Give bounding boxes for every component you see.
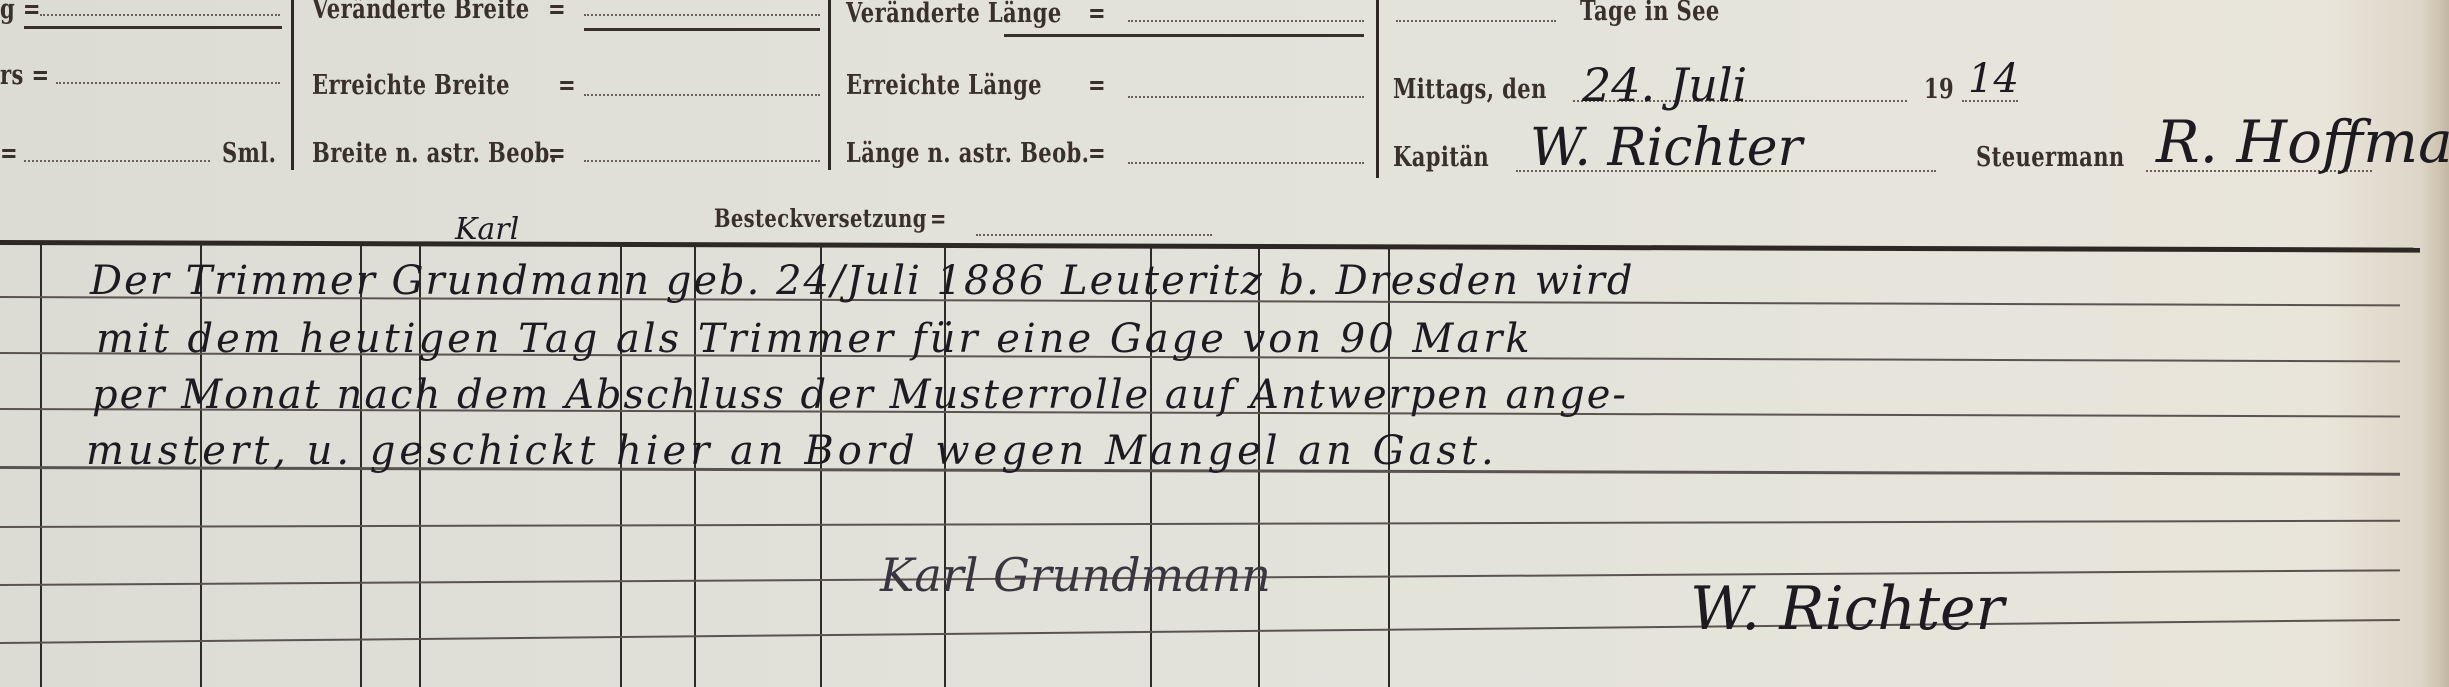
- besteckversetzung-field[interactable]: [976, 234, 1212, 236]
- besteckversetzung-label: Besteckversetzung: [714, 204, 927, 233]
- header-divider-1: [291, 0, 294, 170]
- erreichte-laenge-field[interactable]: [1128, 96, 1364, 98]
- col3-row2-eq: =: [1088, 70, 1106, 101]
- col1-row3-field[interactable]: [24, 160, 210, 162]
- col2-row1-underline: [584, 28, 820, 31]
- col2-row2-eq: =: [558, 70, 576, 101]
- kapitaen-signature: W. Richter: [1530, 118, 1802, 178]
- entry-line-4: mustert, u. geschickt hier an Bord wegen…: [86, 428, 1498, 474]
- erreichte-laenge-label: Erreichte Länge: [846, 70, 1042, 101]
- col3-row3-eq: =: [1088, 138, 1106, 169]
- col1-row1-field[interactable]: [40, 14, 280, 16]
- breite-astr-beob-field[interactable]: [584, 160, 820, 162]
- crew-signature: Karl Grundmann: [880, 548, 1271, 602]
- veraenderte-laenge-field[interactable]: [1128, 20, 1364, 22]
- col1-row3-label: =: [0, 138, 18, 169]
- besteckversetzung-eq: =: [930, 204, 947, 233]
- col1-row2-label: rs =: [0, 60, 49, 91]
- date-handwritten: 24. Juli: [1582, 58, 1747, 112]
- col1-row2-field[interactable]: [56, 82, 280, 84]
- col3-row1-eq: =: [1088, 0, 1106, 29]
- header-divider-2: [828, 0, 831, 170]
- table-top-border: [0, 240, 2420, 253]
- laenge-astr-beob-field[interactable]: [1128, 162, 1364, 164]
- entry-line-3: per Monat nach dem Abschluss der Musterr…: [92, 372, 1628, 418]
- tage-in-see-label: Tage in See: [1580, 0, 1720, 27]
- entry-line-1: Der Trimmer Grundmann geb. 24/Juli 1886 …: [90, 258, 1635, 304]
- mittags-label: Mittags, den: [1393, 74, 1547, 105]
- tage-in-see-field[interactable]: [1396, 20, 1556, 22]
- breite-astr-beob-label: Breite n. astr. Beob.: [312, 138, 557, 169]
- veraenderte-breite-label: Veränderte Breite: [312, 0, 530, 25]
- col1-row1-label: g =: [0, 0, 41, 25]
- entry-line-2: mit dem heutigen Tag als Trimmer für ein…: [96, 316, 1533, 362]
- year-handwritten: 14: [1968, 56, 2019, 102]
- kapitaen-label: Kapitän: [1393, 142, 1489, 173]
- page-edge-shadow: [2421, 0, 2449, 687]
- erreichte-breite-label: Erreichte Breite: [312, 70, 510, 101]
- header-divider-3: [1376, 0, 1379, 178]
- col3-row1-underline: [1004, 34, 1364, 37]
- veraenderte-laenge-label: Veränderte Länge: [846, 0, 1062, 29]
- steuermann-label: Steuermann: [1976, 142, 2125, 173]
- erreichte-breite-field[interactable]: [584, 94, 820, 96]
- col1-row3-unit: Sml.: [222, 138, 276, 169]
- col2-row3-eq: =: [548, 138, 566, 169]
- laenge-astr-beob-label: Länge n. astr. Beob.: [846, 138, 1089, 169]
- steuermann-signature: R. Hoffmann: [2156, 108, 2449, 176]
- col2-row1-eq: =: [548, 0, 566, 25]
- col1-row1-underline: [24, 26, 282, 29]
- veraenderte-breite-field[interactable]: [584, 14, 820, 16]
- captain-signature: W. Richter: [1690, 574, 2004, 644]
- year-prefix: 19: [1924, 74, 1954, 105]
